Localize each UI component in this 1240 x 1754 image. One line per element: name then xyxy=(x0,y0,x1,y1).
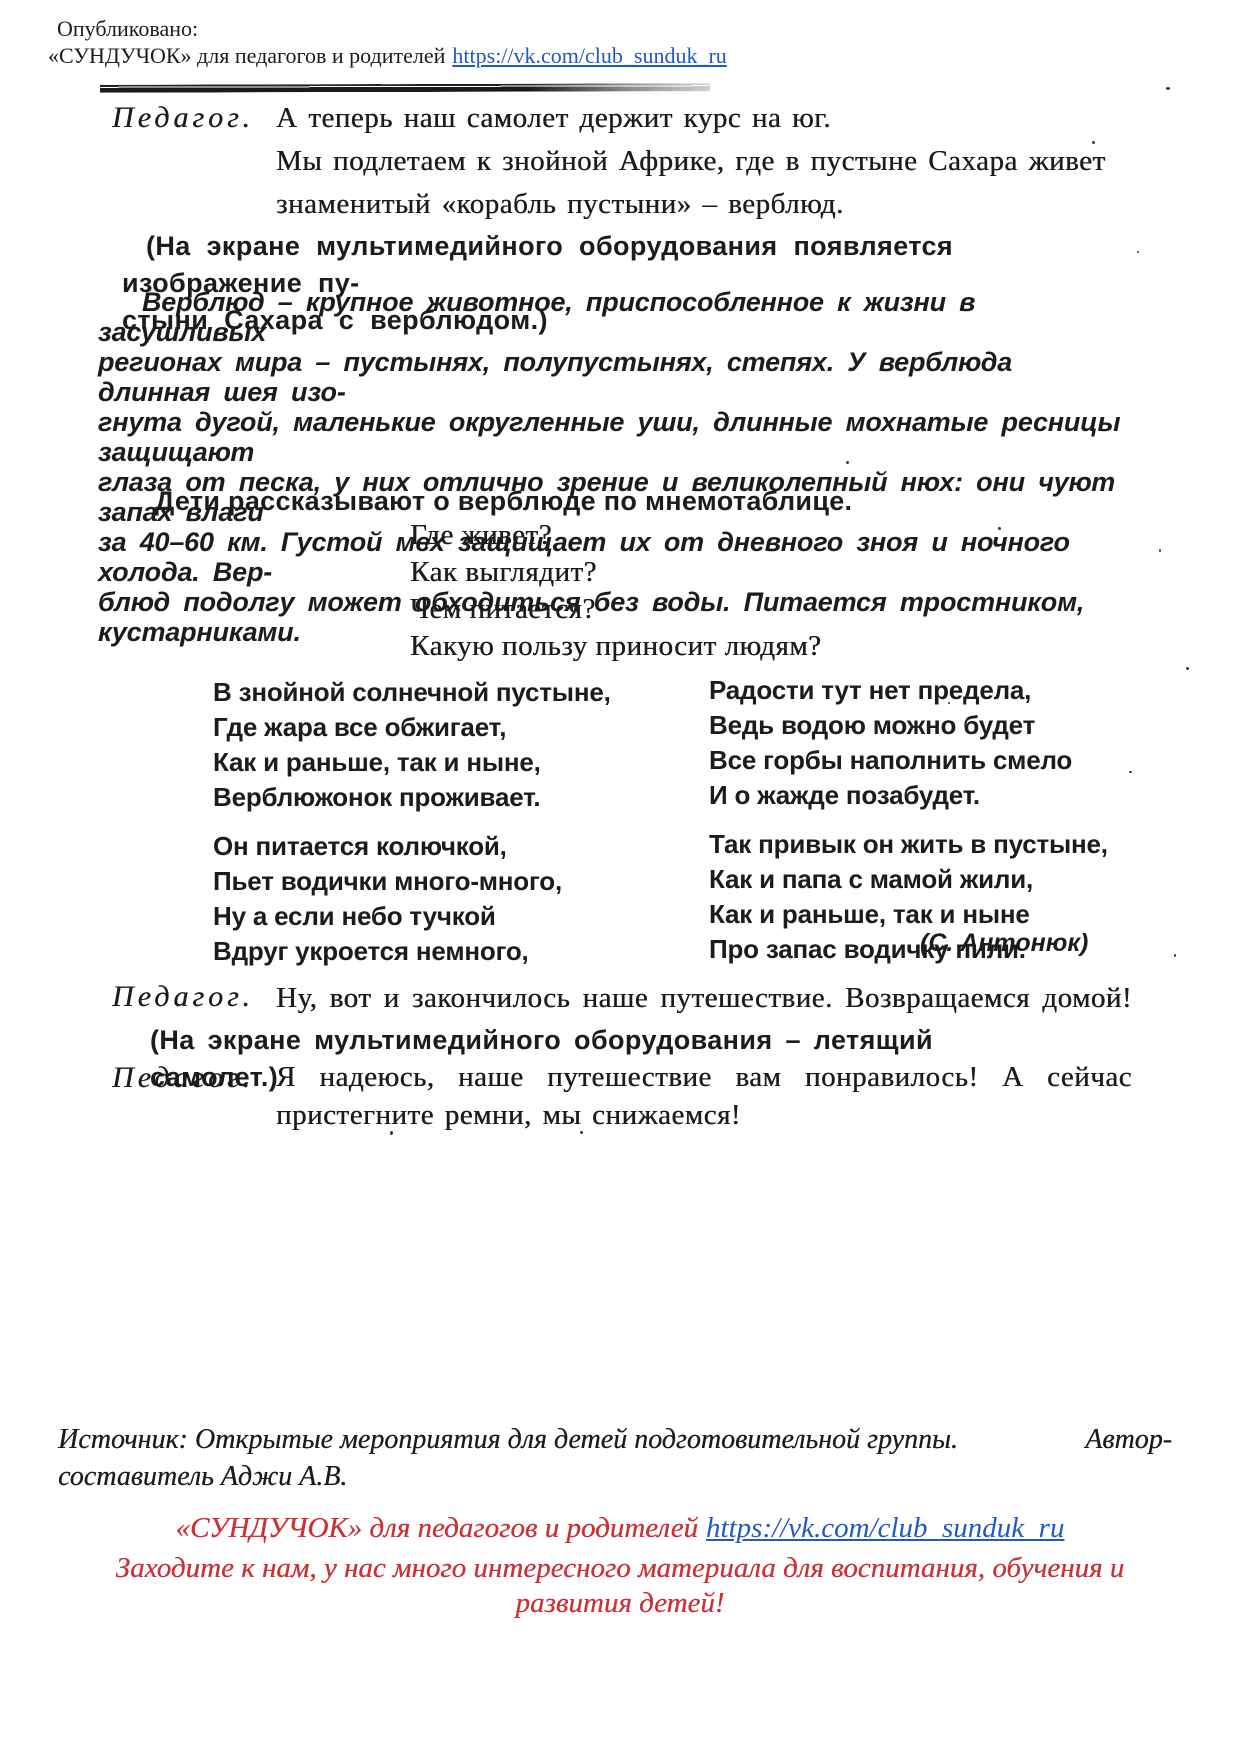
scan-speck xyxy=(1174,954,1176,957)
club-footer: «СУНДУЧОК» для педагогов и родителейhttp… xyxy=(0,1511,1240,1621)
dialog-text: Ну, вот и закончилось наше путешествие. … xyxy=(276,977,1132,1020)
published-label: Опубликовано: xyxy=(57,15,727,42)
club-attribution-line: «СУНДУЧОК» для педагогов и родителейhttp… xyxy=(48,42,727,69)
poem-column-left: В знойной солнечной пустыне, Где жара вс… xyxy=(213,675,611,983)
source-note: Источник: Открытые мероприятия для детей… xyxy=(58,1421,1172,1495)
scan-speck xyxy=(1166,87,1170,90)
footer-club-line: «СУНДУЧОК» для педагогов и родителейhttp… xyxy=(0,1511,1240,1546)
source-line-2: составитель Аджи А.В. xyxy=(58,1458,1172,1495)
dialog-text: А теперь наш самолет держит курс на юг. … xyxy=(276,97,1132,226)
footer-club-text: «СУНДУЧОК» для педагогов и родителей xyxy=(176,1512,699,1544)
footer-vk-link[interactable]: https://vk.com/club_sunduk_ru xyxy=(706,1512,1064,1544)
source-line-1: Источник: Открытые мероприятия для детей… xyxy=(58,1421,1172,1458)
question-list: Где живет? Как выглядит? Чем питается? К… xyxy=(410,517,821,665)
mnemonic-note: Дети рассказывают о верблюде по мнемотаб… xyxy=(155,486,852,517)
poem-author: (С. Антонюк) xyxy=(920,929,1088,958)
source-author-part: Автор- xyxy=(1085,1421,1172,1458)
speaker-label: Педагог. xyxy=(112,1061,254,1095)
vk-club-link[interactable]: https://vk.com/club_sunduk_ru xyxy=(452,43,726,68)
dialog-line-2: пристегните ремни, мы снижаемся! xyxy=(276,1096,1132,1134)
dialog-line-1: Я надеюсь, наше путешествие вам понравил… xyxy=(276,1058,1132,1096)
poem-stanza: Радости тут нет предела, Ведь водою можн… xyxy=(709,673,1108,813)
footer-invite-text: Заходите к нам, у нас много интересного … xyxy=(0,1551,1240,1621)
poem-stanza: В знойной солнечной пустыне, Где жара вс… xyxy=(213,675,611,815)
club-attribution-text: «СУНДУЧОК» для педагогов и родителей xyxy=(48,43,445,68)
scan-speck xyxy=(1159,549,1161,552)
scan-speck xyxy=(1186,667,1189,670)
poem-stanza: Он питается колючкой, Пьет водички много… xyxy=(213,829,611,969)
speaker-label: Педагог. xyxy=(112,101,254,135)
scan-speck xyxy=(1137,251,1139,253)
speaker-label: Педагог. xyxy=(112,980,254,1014)
scanned-page: Опубликовано: «СУНДУЧОК» для педагогов и… xyxy=(0,0,1240,1754)
publication-header: Опубликовано: «СУНДУЧОК» для педагогов и… xyxy=(48,15,727,69)
scan-smudge-artifact xyxy=(100,83,710,93)
source-text: Источник: Открытые мероприятия для детей… xyxy=(58,1421,958,1458)
scan-speck xyxy=(1129,771,1132,773)
